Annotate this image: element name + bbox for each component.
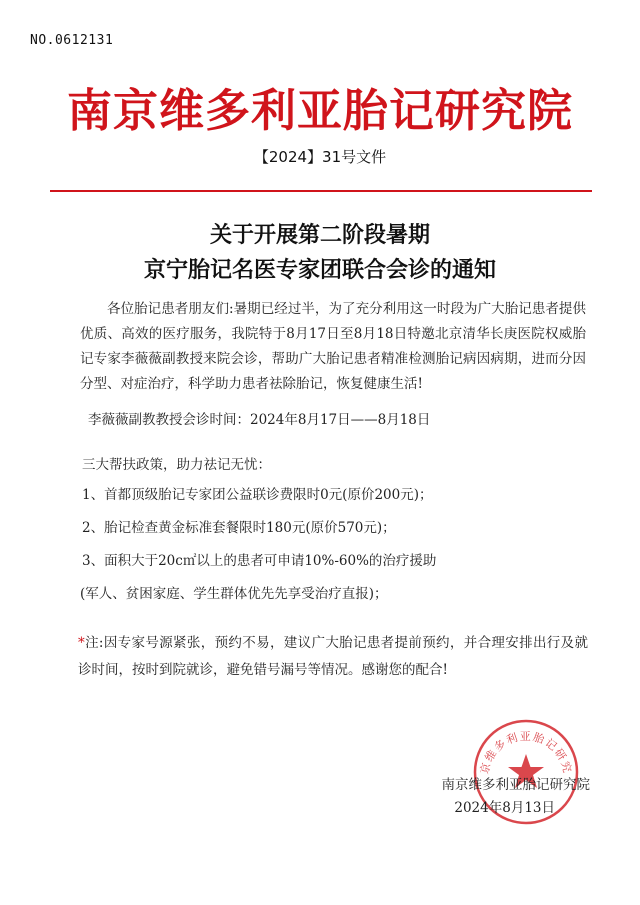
consult-time: 李薇薇副教教授会诊时间：2024年8月17日——8月18日: [88, 410, 430, 430]
file-number: 【2024】31号文件: [0, 146, 640, 167]
organization-title: 南京维多利亚胎记研究院: [0, 82, 640, 140]
policy-item-3: 3、面积大于20c㎡以上的患者可申请10%-60%的治疗援助: [82, 551, 436, 571]
note-paragraph: *注:因专家号源紧张，预约不易，建议广大胎记患者提前预约，并合理安排出行及就诊时…: [78, 630, 588, 684]
notice-title-line1: 关于开展第二阶段暑期: [0, 220, 640, 250]
policy-item-3-note: (军人、贫困家庭、学生群体优先先享受治疗直报)；: [80, 584, 388, 604]
signature-date: 2024年8月13日: [454, 796, 555, 816]
red-divider: [50, 190, 592, 192]
notice-title-line2: 京宁胎记名医专家团联合会诊的通知: [0, 255, 640, 285]
note-text: 注:因专家号源紧张，预约不易，建议广大胎记患者提前预约，并合理安排出行及就诊时间…: [78, 635, 588, 678]
signature-organization: 南京维多利亚胎记研究院: [442, 773, 591, 793]
document-serial-number: NO.0612131: [30, 33, 113, 48]
policy-heading: 三大帮扶政策，助力祛记无忧：: [82, 455, 271, 475]
note-asterisk: *: [78, 635, 85, 651]
policy-item-2: 2、胎记检查黄金标准套餐限时180元(原价570元)；: [82, 518, 396, 538]
policy-item-1: 1、首都顶级胎记专家团公益联诊费限时0元(原价200元)；: [82, 485, 432, 505]
intro-paragraph: 各位胎记患者朋友们:暑期已经过半，为了充分利用这一时段为广大胎记患者提供优质、高…: [80, 297, 586, 397]
